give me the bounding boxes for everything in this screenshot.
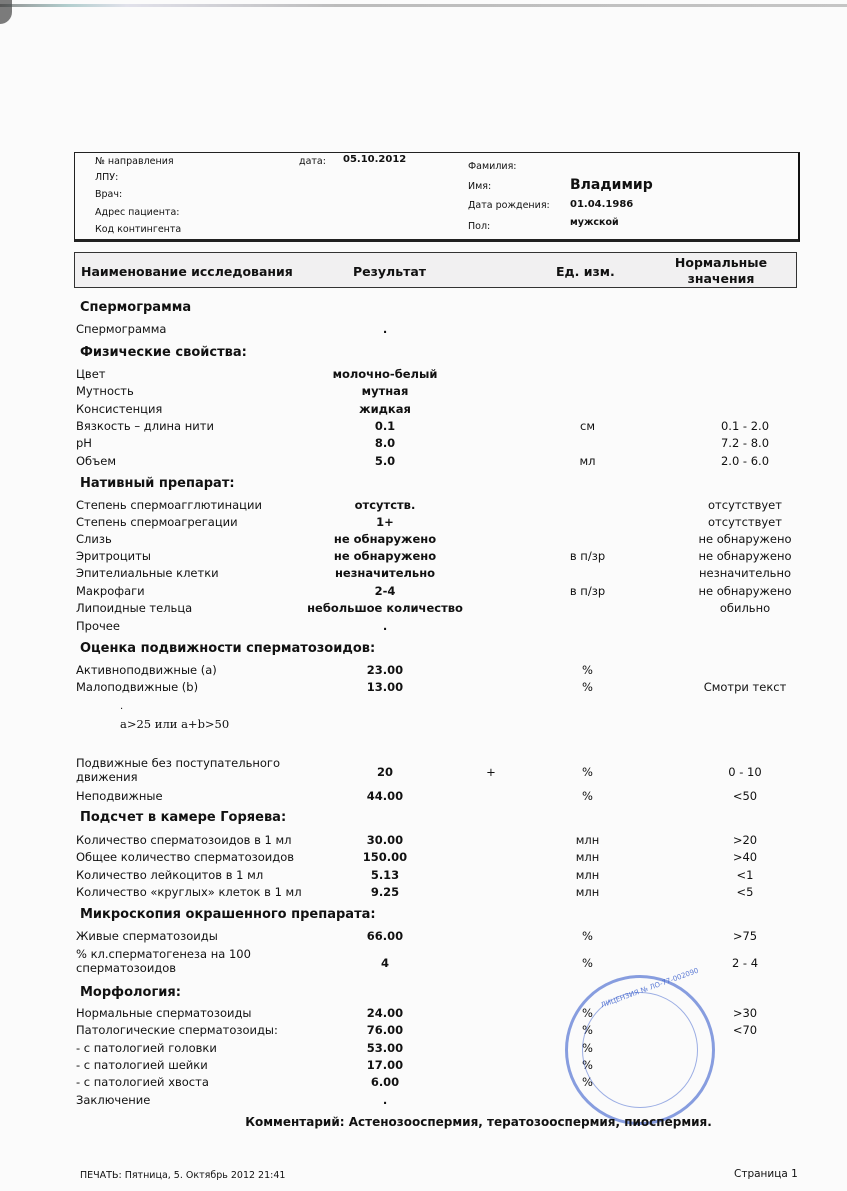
row-name: Общее количество сперматозоидов bbox=[76, 850, 294, 864]
table-row: - с патологией шейки17.00% bbox=[0, 1058, 847, 1075]
sex-value: мужской bbox=[570, 217, 619, 228]
row-unit: % bbox=[560, 929, 615, 943]
row-name: Количество сперматозоидов в 1 мл bbox=[76, 833, 292, 847]
row-normal: отсутствует bbox=[645, 515, 845, 529]
table-row: Нормальные сперматозоиды24.00%>30 bbox=[0, 1006, 847, 1023]
row-name: Малоподвижные (b) bbox=[76, 680, 198, 694]
row-unit: мл bbox=[560, 454, 615, 468]
row-name: Вязкость – длина нити bbox=[76, 419, 214, 433]
page-number: Страница 1 bbox=[734, 1168, 798, 1180]
row-unit: % bbox=[560, 1023, 615, 1037]
row-unit: % bbox=[560, 1006, 615, 1020]
row-name: Макрофаги bbox=[76, 584, 145, 598]
table-row: Спермограмма . bbox=[0, 322, 847, 339]
table-row: Вязкость – длина нити0.1см0.1 - 2.0 bbox=[0, 419, 847, 436]
row-name: % кл.сперматогенеза на 100 сперматозоидо… bbox=[76, 947, 286, 975]
row-result: 5.13 bbox=[300, 868, 470, 882]
row-name: Количество «круглых» клеток в 1 мл bbox=[76, 885, 302, 899]
row-result: 6.00 bbox=[300, 1075, 470, 1089]
section-native: Нативный препарат: bbox=[80, 476, 235, 491]
row-normal: <70 bbox=[645, 1023, 845, 1037]
col-unit: Ед. изм. bbox=[556, 264, 615, 279]
col-normal-2: значения bbox=[671, 271, 771, 286]
table-row: Макрофаги2-4в п/зрне обнаружено bbox=[0, 584, 847, 601]
row-unit: см bbox=[560, 419, 615, 433]
row-result: 24.00 bbox=[300, 1006, 470, 1020]
row-name: Активноподвижные (a) bbox=[76, 663, 217, 677]
row-result: отсутств. bbox=[300, 498, 470, 512]
birth-label: Дата рождения: bbox=[468, 200, 550, 211]
scan-edge bbox=[0, 4, 847, 7]
table-row: Количество «круглых» клеток в 1 мл9.25мл… bbox=[0, 885, 847, 902]
row-name: Цвет bbox=[76, 367, 105, 381]
row-normal: >75 bbox=[645, 929, 845, 943]
row-normal: >30 bbox=[645, 1006, 845, 1020]
row-unit: % bbox=[560, 1041, 615, 1055]
table-row: Объем5.0мл2.0 - 6.0 bbox=[0, 454, 847, 471]
comment: Комментарий: Астенозооспермия, тератозоо… bbox=[0, 1115, 847, 1129]
birth-value: 01.04.1986 bbox=[570, 199, 633, 210]
table-row: Степень спермоагрегации1+отсутствует bbox=[0, 515, 847, 532]
table-row: Цветмолочно-белый bbox=[0, 367, 847, 384]
table-row: - с патологией хвоста6.00% bbox=[0, 1075, 847, 1092]
row-unit: млн bbox=[560, 833, 615, 847]
patient-header: № направления ЛПУ: Врач: Адрес пациента:… bbox=[74, 152, 800, 242]
table-row: Количество лейкоцитов в 1 мл5.13млн<1 bbox=[0, 868, 847, 885]
sex-label: Пол: bbox=[468, 221, 490, 232]
column-header: Наименование исследования Результат Ед. … bbox=[74, 252, 797, 288]
row-name: Слизь bbox=[76, 532, 112, 546]
table-row: Живые сперматозоиды66.00%>75 bbox=[0, 929, 847, 946]
row-name: - с патологией головки bbox=[76, 1041, 217, 1055]
print-timestamp: ПЕЧАТЬ: Пятница, 5. Октябрь 2012 21:41 bbox=[80, 1170, 285, 1181]
table-row: Общее количество сперматозоидов150.00млн… bbox=[0, 850, 847, 867]
row-result: 8.0 bbox=[300, 436, 470, 450]
lpu-label: ЛПУ: bbox=[95, 172, 118, 183]
row-unit: % bbox=[560, 1058, 615, 1072]
referral-label: № направления bbox=[95, 156, 174, 167]
row-name: Неподвижные bbox=[76, 789, 163, 803]
table-row: Активноподвижные (a)23.00% bbox=[0, 663, 847, 680]
row-name: Объем bbox=[76, 454, 116, 468]
row-normal: отсутствует bbox=[645, 498, 845, 512]
row-result: мутная bbox=[300, 384, 470, 398]
row-name: Консистенция bbox=[76, 402, 162, 416]
row-result: 20 bbox=[300, 765, 470, 779]
motility-note-dot: . bbox=[120, 701, 123, 712]
section-motility: Оценка подвижности сперматозоидов: bbox=[80, 641, 375, 656]
row-name: Патологические сперматозоиды: bbox=[76, 1023, 278, 1037]
row-name: Заключение bbox=[76, 1093, 150, 1107]
row-normal: 0 - 10 bbox=[645, 765, 845, 779]
row-unit: % bbox=[560, 680, 615, 694]
row-result: . bbox=[300, 1093, 470, 1107]
row-result: незначительно bbox=[300, 566, 470, 580]
table-row: Малоподвижные (b)13.00%Смотри текст bbox=[0, 680, 847, 697]
row-normal: 2.0 - 6.0 bbox=[645, 454, 845, 468]
row-result: 9.25 bbox=[300, 885, 470, 899]
row-result: жидкая bbox=[300, 402, 470, 416]
row-name: Мутность bbox=[76, 384, 134, 398]
row-result: 2-4 bbox=[300, 584, 470, 598]
row-unit: млн bbox=[560, 885, 615, 899]
row-result: 66.00 bbox=[300, 929, 470, 943]
motility-note: a>25 или a+b>50 bbox=[120, 717, 229, 731]
row-normal: Смотри текст bbox=[645, 680, 845, 694]
row-normal: <1 bbox=[645, 868, 845, 882]
date-label: дата: bbox=[299, 156, 326, 167]
row-result: не обнаружено bbox=[300, 532, 470, 546]
row-result: 17.00 bbox=[300, 1058, 470, 1072]
row-name: Степень спермоагглютинации bbox=[76, 498, 262, 512]
row-result: не обнаружено bbox=[300, 549, 470, 563]
table-row: Эритроцитыне обнаруженов п/зрне обнаруже… bbox=[0, 549, 847, 566]
row-result: 23.00 bbox=[300, 663, 470, 677]
row-result: 44.00 bbox=[300, 789, 470, 803]
row-name: pH bbox=[76, 436, 92, 450]
row-result: небольшое количество bbox=[300, 601, 470, 615]
row-result: 4 bbox=[300, 956, 470, 970]
row-name: Прочее bbox=[76, 619, 120, 633]
section-spermogram: Спермограмма bbox=[80, 300, 191, 315]
date-value: 05.10.2012 bbox=[343, 154, 406, 165]
row-normal: обильно bbox=[645, 601, 845, 615]
row-normal: 2 - 4 bbox=[645, 956, 845, 970]
table-row: Степень спермоагглютинацииотсутств.отсут… bbox=[0, 498, 847, 515]
row-name: Липоидные тельца bbox=[76, 601, 192, 615]
row-normal: <5 bbox=[645, 885, 845, 899]
row-result: молочно-белый bbox=[300, 367, 470, 381]
row-normal: 0.1 - 2.0 bbox=[645, 419, 845, 433]
row-result: 0.1 bbox=[300, 419, 470, 433]
row-unit: % bbox=[560, 765, 615, 779]
contingent-label: Код контингента bbox=[95, 224, 181, 235]
section-morphology: Морфология: bbox=[80, 985, 181, 1000]
row-unit: % bbox=[560, 789, 615, 803]
row-result: 53.00 bbox=[300, 1041, 470, 1055]
row-result: . bbox=[300, 619, 470, 633]
table-row: - с патологией головки53.00% bbox=[0, 1041, 847, 1058]
row-name: Количество лейкоцитов в 1 мл bbox=[76, 868, 263, 882]
row-name: - с патологией шейки bbox=[76, 1058, 208, 1072]
col-name: Наименование исследования bbox=[81, 264, 293, 279]
row-result: 5.0 bbox=[300, 454, 470, 468]
doctor-label: Врач: bbox=[95, 189, 122, 200]
table-row: % кл.сперматогенеза на 100 сперматозоидо… bbox=[0, 947, 847, 981]
row-result: 150.00 bbox=[300, 850, 470, 864]
row-unit: % bbox=[560, 663, 615, 677]
surname-label: Фамилия: bbox=[468, 161, 517, 172]
table-row: Липоидные тельцанебольшое количествообил… bbox=[0, 601, 847, 618]
row-name: - с патологией хвоста bbox=[76, 1075, 209, 1089]
row-name: Живые сперматозоиды bbox=[76, 929, 218, 943]
row-normal: не обнаружено bbox=[645, 584, 845, 598]
row-unit: в п/зр bbox=[560, 584, 615, 598]
table-row: Эпителиальные клеткинезначительнонезначи… bbox=[0, 566, 847, 583]
row-unit: млн bbox=[560, 868, 615, 882]
row-flag: + bbox=[480, 765, 502, 779]
row-result: 76.00 bbox=[300, 1023, 470, 1037]
table-row: Неподвижные44.00%<50 bbox=[0, 789, 847, 806]
table-row: Слизьне обнаруженоне обнаружено bbox=[0, 532, 847, 549]
row-result: 30.00 bbox=[300, 833, 470, 847]
row-normal: незначительно bbox=[645, 566, 845, 580]
table-row: pH8.07.2 - 8.0 bbox=[0, 436, 847, 453]
row-normal: 7.2 - 8.0 bbox=[645, 436, 845, 450]
row-normal: >20 bbox=[645, 833, 845, 847]
row-normal: >40 bbox=[645, 850, 845, 864]
row-normal: не обнаружено bbox=[645, 549, 845, 563]
section-goryaev: Подсчет в камере Горяева: bbox=[80, 810, 286, 825]
row-unit: % bbox=[560, 1075, 615, 1089]
section-microscopy: Микроскопия окрашенного препарата: bbox=[80, 907, 376, 922]
row-result: 1+ bbox=[300, 515, 470, 529]
row-result: 13.00 bbox=[300, 680, 470, 694]
section-physical: Физические свойства: bbox=[80, 345, 247, 360]
row-unit: млн bbox=[560, 850, 615, 864]
row-name: Подвижные без поступательного движения bbox=[76, 756, 286, 784]
row-name: Нормальные сперматозоиды bbox=[76, 1006, 252, 1020]
col-result: Результат bbox=[353, 264, 426, 279]
table-row: Подвижные без поступательного движения20… bbox=[0, 756, 847, 790]
col-normal-1: Нормальные bbox=[671, 255, 771, 270]
row-unit: % bbox=[560, 956, 615, 970]
table-row: Мутностьмутная bbox=[0, 384, 847, 401]
table-row: Прочее. bbox=[0, 619, 847, 636]
name-value: Владимир bbox=[570, 177, 653, 193]
row-normal: <50 bbox=[645, 789, 845, 803]
table-row: Патологические сперматозоиды:76.00%<70 bbox=[0, 1023, 847, 1040]
table-row: Консистенцияжидкая bbox=[0, 402, 847, 419]
name-label: Имя: bbox=[468, 181, 491, 192]
table-row: Заключение. bbox=[0, 1093, 847, 1110]
row-name: Эпителиальные клетки bbox=[76, 566, 219, 580]
row-unit: в п/зр bbox=[560, 549, 615, 563]
table-row: Количество сперматозоидов в 1 мл30.00млн… bbox=[0, 833, 847, 850]
address-label: Адрес пациента: bbox=[95, 207, 179, 218]
row-normal: не обнаружено bbox=[645, 532, 845, 546]
row-name: Эритроциты bbox=[76, 549, 151, 563]
row-name: Степень спермоагрегации bbox=[76, 515, 238, 529]
